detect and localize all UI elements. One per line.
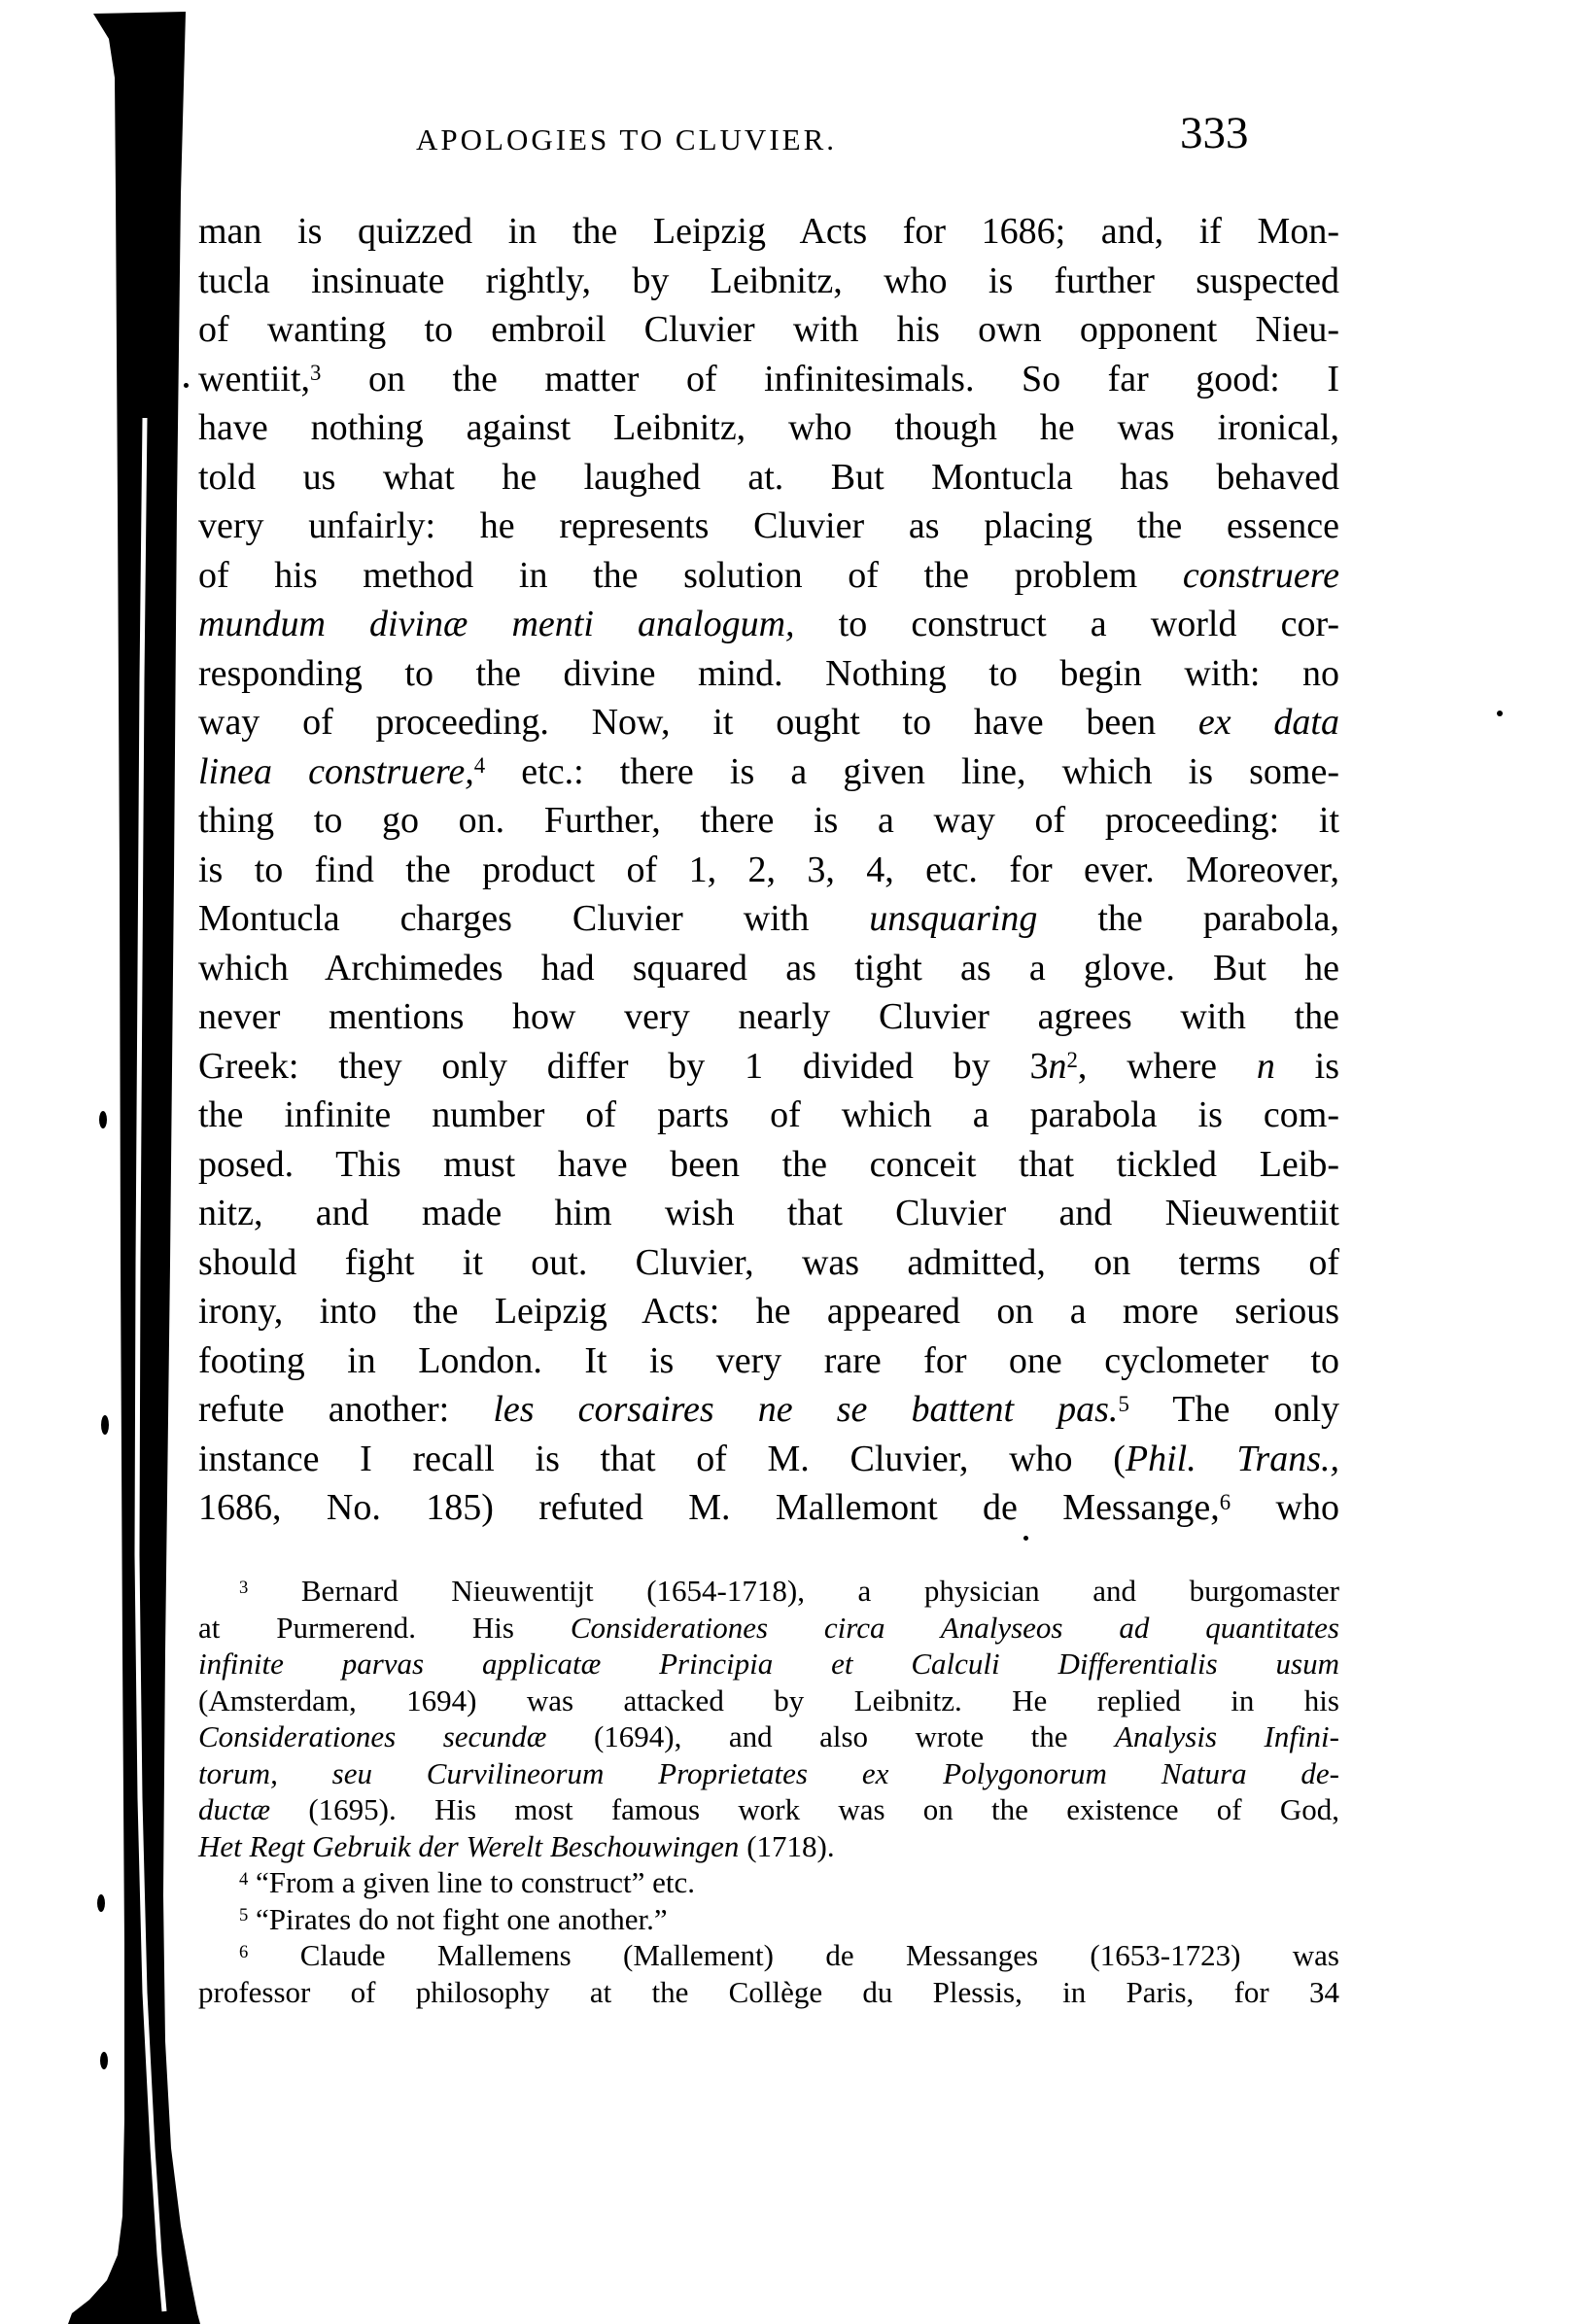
footnote-line: Considerationes secundæ (1694), and also… <box>198 1718 1339 1755</box>
body-line: of his method in the solution of the pro… <box>198 551 1339 601</box>
scan-speck <box>1497 711 1503 716</box>
footnote-line: 5 “Pirates do not fight one another.” <box>198 1901 1339 1938</box>
scanned-book-page: APOLOGIES TO CLUVIER. 333 man is quizzed… <box>0 0 1595 2324</box>
footnote-line: 4 “From a given line to construct” etc. <box>198 1864 1339 1901</box>
body-line: responding to the divine mind. Nothing t… <box>198 649 1339 699</box>
body-line: man is quizzed in the Leipzig Acts for 1… <box>198 207 1339 257</box>
running-header-title: APOLOGIES TO CLUVIER. <box>416 122 837 157</box>
body-line: irony, into the Leipzig Acts: he appeare… <box>198 1287 1339 1336</box>
body-line: mundum divinæ menti analogum, to constru… <box>198 600 1339 649</box>
body-line: very unfairly: he represents Cluvier as … <box>198 502 1339 551</box>
body-line: Montucla charges Cluvier with unsquaring… <box>198 894 1339 944</box>
body-line: 1686, No. 185) refuted M. Mallemont de M… <box>198 1483 1339 1533</box>
footnote-line: 3 Bernard Nieuwentijt (1654-1718), a phy… <box>198 1573 1339 1610</box>
footnote-line: torum, seu Curvilineorum Proprietates ex… <box>198 1755 1339 1792</box>
body-line: thing to go on. Further, there is a way … <box>198 796 1339 846</box>
body-line: of wanting to embroil Cluvier with his o… <box>198 305 1339 355</box>
body-line: footing in London. It is very rare for o… <box>198 1336 1339 1386</box>
body-line: told us what he laughed at. But Montucla… <box>198 453 1339 503</box>
body-line: never mentions how very nearly Cluvier a… <box>198 992 1339 1042</box>
footnote-line: infinite parvas applicatæ Principia et C… <box>198 1646 1339 1682</box>
body-line: wentiit,3 on the matter of infinitesimal… <box>198 355 1339 404</box>
footnote-line: ductæ (1695). His most famous work was o… <box>198 1791 1339 1828</box>
body-line: Greek: they only differ by 1 divided by … <box>198 1042 1339 1092</box>
body-line: posed. This must have been the conceit t… <box>198 1140 1339 1190</box>
body-line: which Archimedes had squared as tight as… <box>198 944 1339 993</box>
footnote-line: Het Regt Gebruik der Werelt Beschouwinge… <box>198 1828 1339 1865</box>
scan-speck <box>184 383 189 388</box>
body-line: refute another: les corsaires ne se batt… <box>198 1385 1339 1435</box>
body-line: tucla insinuate rightly, by Leibnitz, wh… <box>198 257 1339 306</box>
footnote-line: 6 Claude Mallemens (Mallement) de Messan… <box>198 1937 1339 1974</box>
scan-speck <box>1023 1536 1028 1541</box>
scan-gutter-shadow <box>0 0 224 2324</box>
body-line: the infinite number of parts of which a … <box>198 1091 1339 1140</box>
body-line: nitz, and made him wish that Cluvier and… <box>198 1189 1339 1238</box>
body-text: man is quizzed in the Leipzig Acts for 1… <box>198 207 1339 1533</box>
body-line: have nothing against Leibnitz, who thoug… <box>198 403 1339 453</box>
footnote-line: at Purmerend. His Considerationes circa … <box>198 1610 1339 1647</box>
body-line: should fight it out. Cluvier, was admitt… <box>198 1238 1339 1288</box>
body-line: is to find the product of 1, 2, 3, 4, et… <box>198 846 1339 895</box>
page-number: 333 <box>1180 107 1249 159</box>
body-line: linea construere,4 etc.: there is a give… <box>198 747 1339 797</box>
footnote-line: professor of philosophy at the Collège d… <box>198 1974 1339 2011</box>
body-line: instance I recall is that of M. Cluvier,… <box>198 1435 1339 1484</box>
body-line: way of proceeding. Now, it ought to have… <box>198 698 1339 747</box>
footnotes: 3 Bernard Nieuwentijt (1654-1718), a phy… <box>198 1573 1339 2010</box>
footnote-line: (Amsterdam, 1694) was attacked by Leibni… <box>198 1682 1339 1719</box>
